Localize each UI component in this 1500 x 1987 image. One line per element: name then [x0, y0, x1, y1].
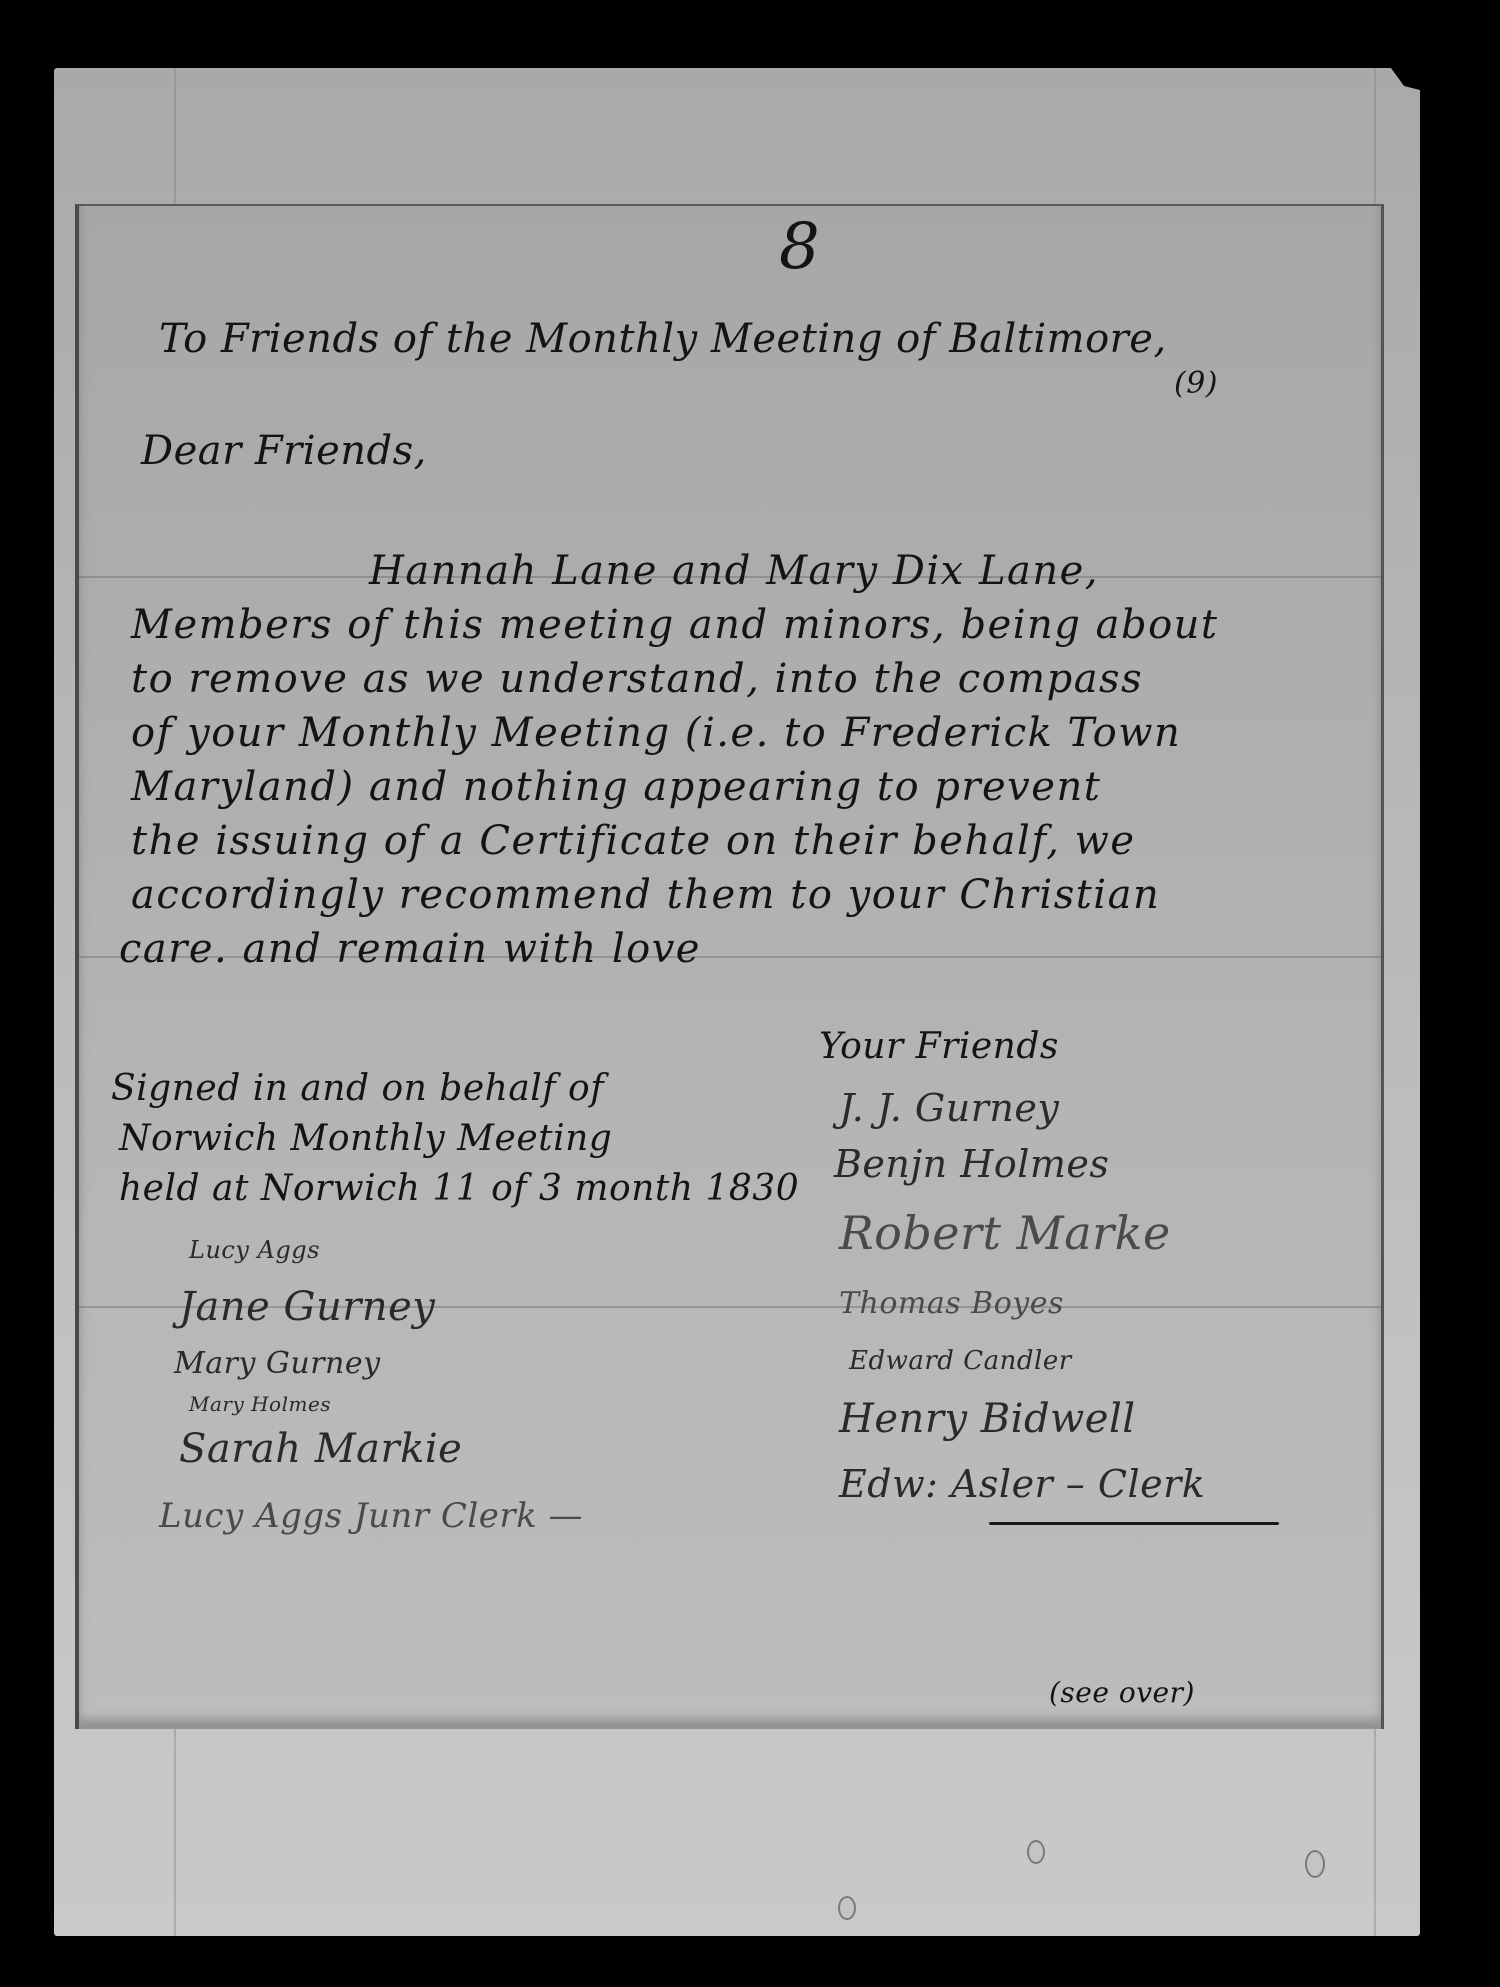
punch-hole: [1027, 1840, 1045, 1864]
women-signature: Lucy Aggs: [189, 1236, 320, 1264]
closing: Your Friends: [819, 1026, 1059, 1067]
women-signature: Sarah Markie: [179, 1426, 462, 1472]
men-signature: Edward Candler: [849, 1346, 1072, 1376]
women-signature: Jane Gurney: [179, 1284, 435, 1330]
body-line: the issuing of a Certificate on their be…: [131, 818, 1136, 864]
body-line: to remove as we understand, into the com…: [131, 656, 1143, 702]
body-line: care. and remain with love: [119, 926, 701, 972]
see-over-note: (see over): [1049, 1676, 1195, 1709]
addressee-mark: (9): [1174, 366, 1218, 401]
signed-on-behalf-line: Signed in and on behalf of: [111, 1068, 604, 1109]
signed-on-behalf-line: held at Norwich 11 of 3 month 1830: [119, 1168, 799, 1209]
letter-page: 8 To Friends of the Monthly Meeting of B…: [75, 204, 1384, 1729]
punch-hole: [838, 1896, 856, 1920]
body-line: of your Monthly Meeting (i.e. to Frederi…: [131, 710, 1181, 756]
men-signature: Thomas Boyes: [839, 1286, 1064, 1321]
addressee-line: To Friends of the Monthly Meeting of Bal…: [159, 316, 1167, 362]
body-line: Maryland) and nothing appearing to preve…: [131, 764, 1101, 810]
body-line: Members of this meeting and minors, bein…: [131, 602, 1219, 648]
signature-underline: [989, 1522, 1279, 1525]
men-signature: Robert Marke: [839, 1206, 1171, 1260]
punch-hole: [1305, 1850, 1325, 1878]
signed-on-behalf-line: Norwich Monthly Meeting: [119, 1118, 612, 1159]
salutation: Dear Friends,: [141, 428, 427, 474]
men-clerk-signature: Edw: Asler – Clerk: [839, 1462, 1205, 1506]
page-number: 8: [779, 210, 820, 284]
body-line: accordingly recommend them to your Chris…: [131, 872, 1160, 918]
women-signature: Mary Holmes: [189, 1392, 331, 1416]
men-signature: Henry Bidwell: [839, 1396, 1136, 1442]
body-line: Hannah Lane and Mary Dix Lane,: [369, 548, 1099, 594]
men-signature: Benjn Holmes: [834, 1142, 1109, 1186]
men-signature: J. J. Gurney: [839, 1086, 1059, 1130]
women-clerk-signature: Lucy Aggs Junr Clerk —: [159, 1496, 583, 1536]
women-signature: Mary Gurney: [174, 1346, 381, 1381]
